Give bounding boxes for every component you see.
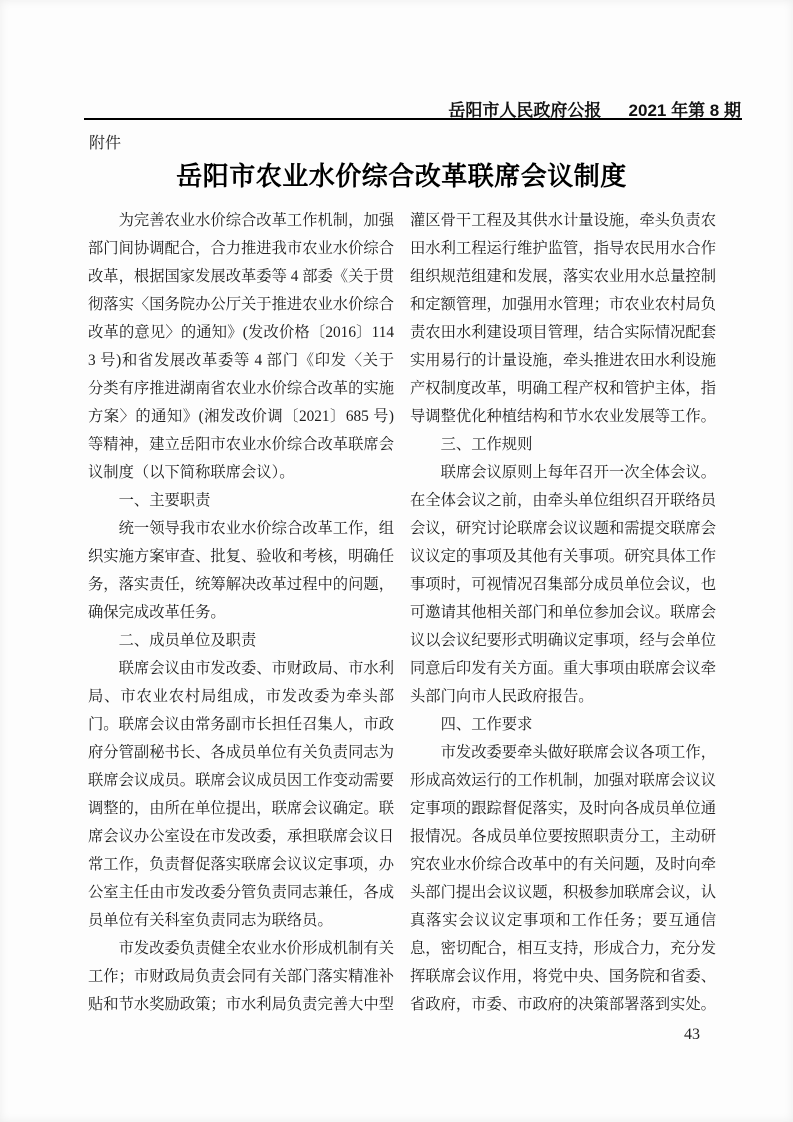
page-number: 43: [684, 1026, 700, 1044]
paragraph: 为完善农业水价综合改革工作机制，加强部门间协调配合，合力推进我市农业水价综合改革…: [88, 207, 394, 487]
section-heading: 一、主要职责: [88, 487, 394, 515]
paragraph: 灌区骨干工程及其供水计量设施，牵头负责农田水利工程运行维护监管，指导农民用水合作…: [410, 207, 716, 431]
right-column: 灌区骨干工程及其供水计量设施，牵头负责农田水利工程运行维护监管，指导农民用水合作…: [410, 207, 716, 1019]
header-divider: [84, 118, 742, 120]
paragraph: 统一领导我市农业水价综合改革工作，组织实施方案审查、批复、验收和考核，明确任务，…: [88, 515, 394, 627]
attachment-label: 附件: [89, 130, 121, 153]
gazette-page: 岳阳市人民政府公报2021 年第 8 期 附件 岳阳市农业水价综合改革联席会议制…: [0, 0, 793, 1122]
paragraph: 联席会议由市发改委、市财政局、市水利局、市农业农村局组成，市发改委为牵头部门。联…: [88, 655, 394, 935]
two-column-body: 为完善农业水价综合改革工作机制，加强部门间协调配合，合力推进我市农业水价综合改革…: [88, 207, 715, 1019]
section-heading: 四、工作要求: [410, 711, 716, 739]
paragraph: 联席会议原则上每年召开一次全体会议。在全体会议之前，由牵头单位组织召开联络员会议…: [410, 459, 716, 711]
section-heading: 三、工作规则: [410, 431, 716, 459]
document-title: 岳阳市农业水价综合改革联席会议制度: [88, 156, 715, 193]
paragraph: 市发改委负责健全农业水价形成机制有关工作；市财政局负责会同有关部门落实精准补贴和…: [88, 935, 394, 1019]
paragraph: 市发改委要牵头做好联席会议各项工作，形成高效运行的工作机制，加强对联席会议议定事…: [410, 739, 716, 1019]
section-heading: 二、成员单位及职责: [88, 627, 394, 655]
left-column: 为完善农业水价综合改革工作机制，加强部门间协调配合，合力推进我市农业水价综合改革…: [88, 207, 394, 1019]
